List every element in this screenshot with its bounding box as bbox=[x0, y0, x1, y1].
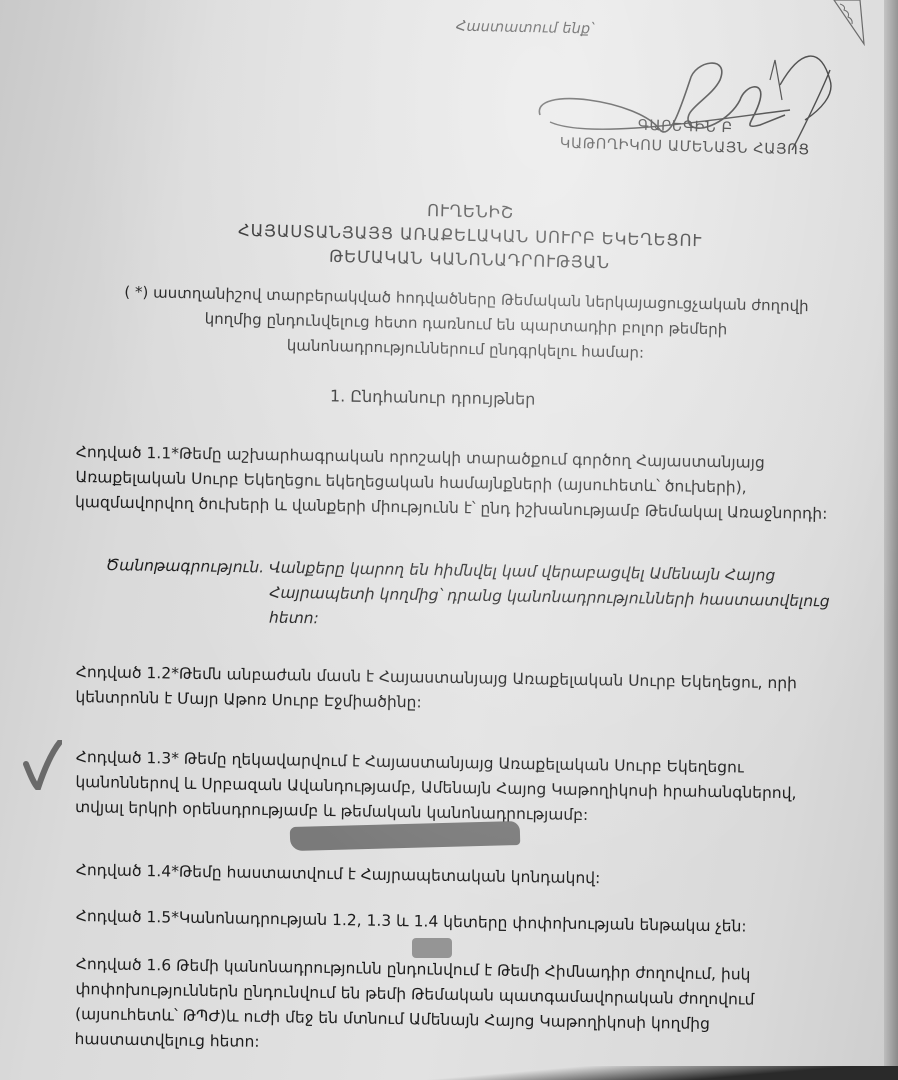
article-1-1: Հոդված 1.1*Թեմը աշխարհագրական որոշակի տա… bbox=[75, 440, 846, 527]
article-label: Հոդված 1.4* bbox=[76, 861, 179, 881]
article-1-2: Հոդված 1.2*Թեմն անբաժան մասն է Հայաստանյ… bbox=[75, 660, 846, 722]
article-text: Թեմն անբաժան մասն է Հայաստանյայց Առաքելա… bbox=[75, 665, 797, 712]
signer-block: ԳԱՐԵԳԻՆ Բ ԿԱԹՈՂԻԿՈՍ ԱՄԵՆԱՅՆ ՀԱՅՈՑ bbox=[559, 114, 810, 161]
article-1-6: Հոդված 1.6 Թեմի կանոնադրությունն ընդունվ… bbox=[74, 952, 845, 1064]
article-1-5: Հոդված 1.5*Կանոնադրության 1.2, 1.3 և 1.4… bbox=[76, 904, 846, 941]
approval-label: Հաստատում ենք՝ bbox=[456, 19, 594, 38]
remark-first-line: Վանքերը կարող են հիմնվել կամ վերաբացվել … bbox=[264, 558, 775, 584]
asterisk-note: ( *) աստղանիշով տարբերակված հոդվածները Թ… bbox=[85, 279, 846, 370]
document-title: ՈՒՂԵՆԻՇ ՀԱՅԱՍՏԱՆՅԱՅՑ ԱՌԱՔԵԼԱԿԱՆ ՍՈՒՐԲ ԵԿ… bbox=[179, 193, 760, 278]
article-text: Կանոնադրության 1.2, 1.3 և 1.4 կետերը փոփ… bbox=[179, 909, 747, 936]
article-text: Թեմը հաստատվում է Հայրապետական կոնդակով: bbox=[179, 863, 601, 888]
article-label: Հոդված 1.5* bbox=[76, 907, 179, 927]
remark-label: Ծանոթագրություն. bbox=[106, 556, 265, 576]
marker-highlight-small bbox=[412, 938, 452, 958]
article-label: Հոդված 1.3* bbox=[76, 748, 179, 768]
page-edge-shadow bbox=[884, 0, 898, 1080]
article-label: Հոդված 1.1* bbox=[76, 443, 179, 463]
article-text: Թեմը աշխարհագրական որոշակի տարածքում գոր… bbox=[75, 445, 828, 523]
article-1-4: Հոդված 1.4*Թեմը հաստատվում է Հայրապետակա… bbox=[76, 858, 846, 895]
remark-body: Հայրապետի կողմից՝ դրանց կանոնադրությունն… bbox=[105, 578, 866, 640]
marker-highlight bbox=[290, 821, 521, 851]
section-heading: 1. Ընդհանուր դրույթներ bbox=[330, 386, 536, 408]
article-label: Հոդված 1.2* bbox=[76, 663, 179, 683]
bottom-edge-shadow bbox=[380, 1066, 898, 1080]
remark-note: Ծանոթագրություն. Վանքերը կարող են հիմնվե… bbox=[105, 553, 866, 640]
article-1-3: Հոդված 1.3* Թեմը ղեկավարվում է Հայաստանյ… bbox=[75, 745, 846, 832]
checkmark-icon bbox=[22, 740, 62, 790]
scanned-document-page: Հաստատում ենք՝ ԳԱՐԵԳԻՆ Բ ԿԱԹՈՂԻԿՈՍ ԱՄԵՆԱ… bbox=[0, 0, 898, 1080]
article-text: Թեմի կանոնադրությունն ընդունվում է Թեմի … bbox=[74, 956, 754, 1050]
article-label: Հոդված 1.6 bbox=[76, 955, 172, 974]
article-text: Թեմը ղեկավարվում է Հայաստանյայց Առաքելակ… bbox=[75, 750, 797, 824]
